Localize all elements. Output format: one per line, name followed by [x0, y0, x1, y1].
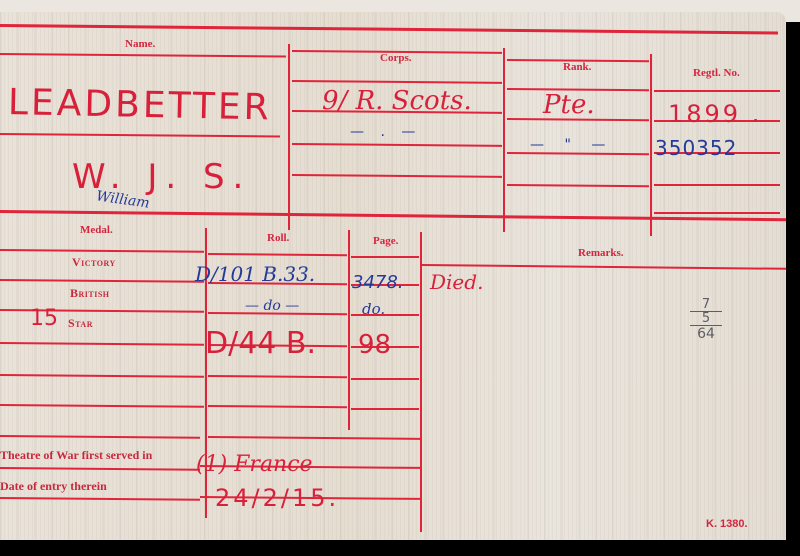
rule — [351, 408, 419, 410]
rule — [654, 212, 780, 214]
header-corps: Corps. — [380, 52, 411, 64]
medal-label-star: Star — [68, 316, 93, 331]
header-roll: Roll. — [267, 232, 289, 244]
roll-victory: D/101 B.33. — [195, 262, 315, 286]
remarks-pencil-note: 7 5 64 — [690, 298, 722, 342]
rule — [0, 133, 280, 137]
header-regtl-no: Regtl. No. — [693, 67, 740, 79]
note-line-1: 7 — [690, 298, 722, 312]
page-victory: 3478. — [352, 272, 404, 293]
rule — [292, 174, 502, 178]
divider-corps-rank — [503, 48, 505, 232]
rule — [208, 405, 347, 408]
divider-rank-regtl — [650, 54, 652, 236]
rule — [208, 253, 347, 256]
divider-roll-page — [348, 230, 350, 430]
page-british: do. — [362, 300, 385, 318]
rule — [351, 378, 419, 380]
rule — [507, 184, 649, 187]
rule — [292, 80, 502, 84]
roll-star: D/44 B. — [205, 326, 316, 361]
rule — [0, 342, 204, 346]
rule — [654, 184, 780, 186]
divider-name-corps — [288, 44, 290, 230]
rule — [0, 374, 204, 378]
rank-value: Pte. — [543, 90, 595, 120]
roll-british: — do — — [245, 298, 299, 314]
medal-prefix-15: 15 — [30, 306, 58, 331]
rule — [654, 90, 780, 92]
medal-index-card: Name. Corps. Rank. Regtl. No. Medal. Rol… — [0, 12, 786, 540]
form-number: K. 1380. — [706, 518, 748, 530]
rule — [292, 143, 502, 147]
top-border-line — [0, 24, 778, 34]
rule — [351, 256, 419, 258]
surname: LEADBETTER — [8, 82, 273, 129]
rule — [0, 249, 204, 253]
page-star: 98 — [358, 330, 391, 360]
rule — [0, 435, 200, 439]
header-remarks: Remarks. — [578, 247, 624, 259]
corps-ditto: — . — — [350, 124, 421, 140]
rule — [0, 467, 200, 471]
rule — [0, 404, 204, 408]
note-line-3: 64 — [690, 326, 722, 342]
rule — [0, 279, 204, 283]
note-line-2: 5 — [690, 312, 722, 326]
rule — [208, 375, 347, 378]
rank-ditto: — " — — [530, 137, 613, 153]
medal-label-victory: Victory — [72, 255, 116, 270]
rule — [0, 497, 200, 501]
theatre-label: Theatre of War first served in — [0, 448, 152, 463]
header-rank: Rank. — [563, 61, 591, 73]
header-name: Name. — [125, 38, 155, 50]
header-page: Page. — [373, 235, 398, 247]
rule — [0, 53, 286, 57]
rule — [422, 264, 786, 270]
entry-date-label: Date of entry therein — [0, 479, 107, 494]
corps-value: 9/ R. Scots. — [322, 86, 472, 116]
remark-died: Died. — [430, 270, 483, 294]
header-medal: Medal. — [80, 224, 113, 236]
regtl-no-new: 350352 — [655, 136, 737, 160]
medal-label-british: British — [70, 286, 110, 301]
theatre-value: (1) France — [196, 452, 313, 477]
entry-date-value: 24/2/15. — [215, 484, 339, 512]
regtl-no-original: 1899 . — [668, 100, 762, 128]
rule — [208, 436, 420, 440]
divider-page-remarks — [420, 232, 422, 532]
